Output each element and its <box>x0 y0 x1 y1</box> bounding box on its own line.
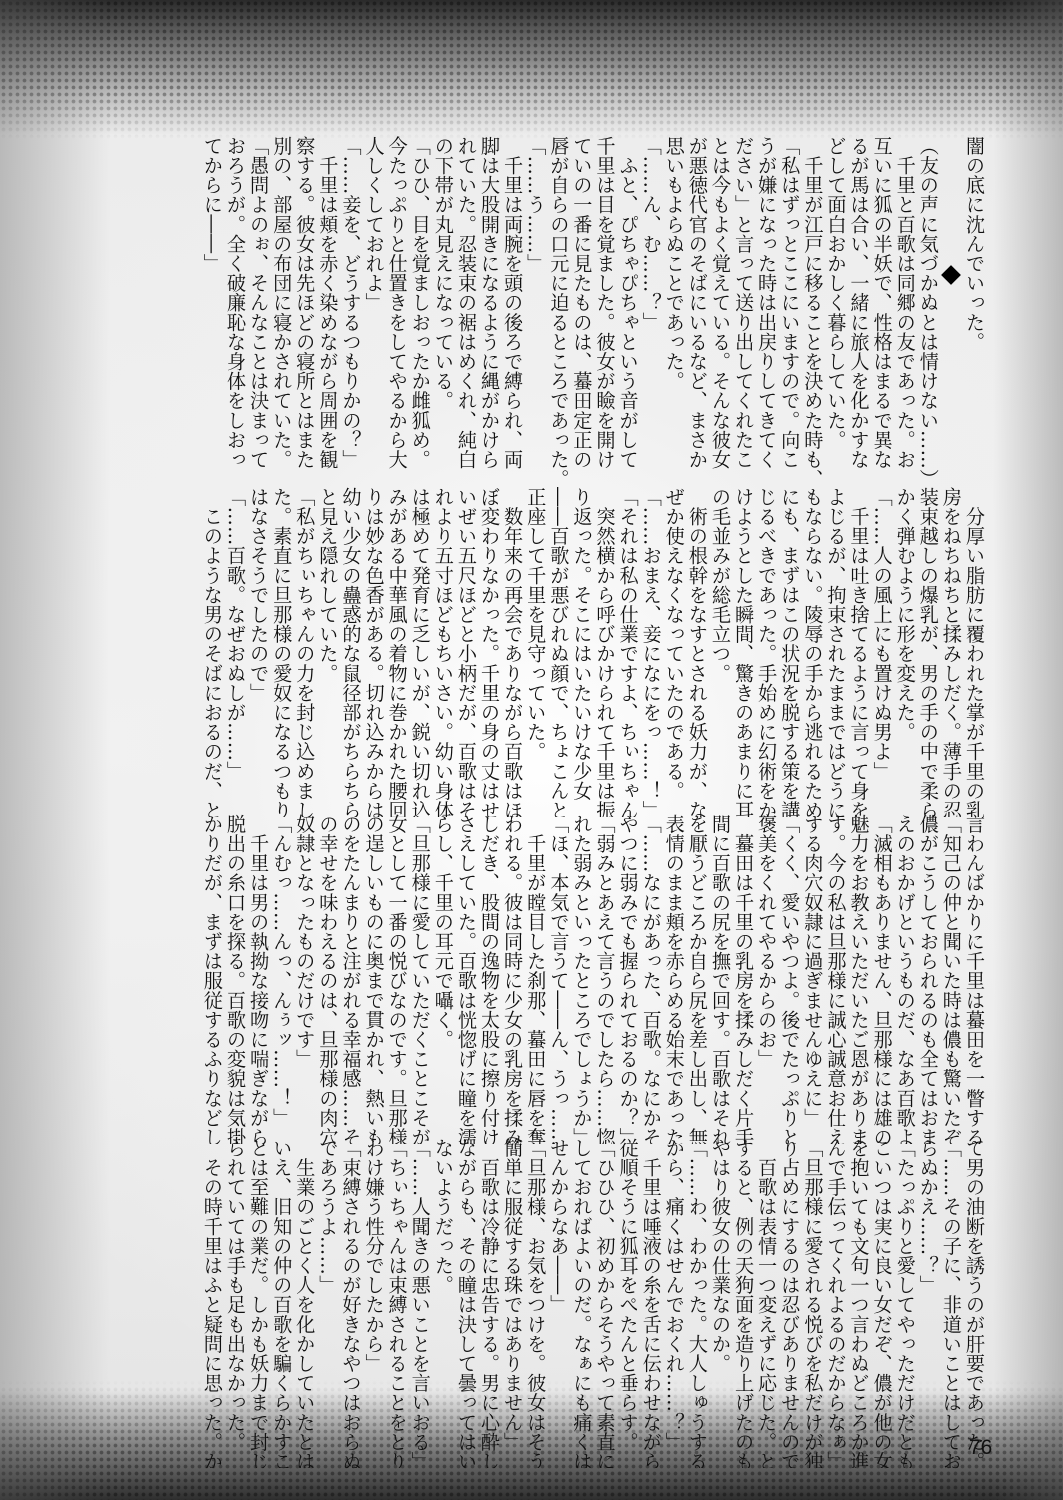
text-column: 蟇田は千里の乳房を揉みしだく片手 <box>732 814 755 1144</box>
text-column: 正座して千里を見守っていた。 <box>524 487 547 817</box>
text-column: けようとした瞬間、驚きのあまりに耳 <box>732 487 755 817</box>
text-column: た。素直に旦那様の愛奴になるつもり <box>270 487 293 817</box>
text-block-2: 分厚い脂肪に覆われた掌が千里の乳房をねちねちと揉みしだく。薄手の忍装束越しの爆乳… <box>122 487 986 817</box>
text-column: 房をねちねちと揉みしだく。薄手の忍 <box>940 487 963 817</box>
text-column: 褒美をくれてやるからのお」 <box>755 814 778 1144</box>
text-column: 別の、部屋の布団に寝かされていた。 <box>270 136 293 486</box>
text-column: する肉穴奴隷に過ぎませんゆえに」 <box>801 814 824 1144</box>
text-column: しだき、股間の逸物を太股に擦り付け <box>478 814 501 1144</box>
text-column: 女として一番の悦びなのです。旦那様 <box>386 814 409 1144</box>
page-number: 76 <box>969 1436 992 1460</box>
text-block-4: て男の油断を誘うのが肝要であった。「……その子に、非道いことはしておらぬかえ……… <box>122 1138 986 1468</box>
text-column: は極めて発育に乏しいが、鋭い切れ込 <box>409 487 432 817</box>
text-column: よじるが、拘束されたままではどうに <box>824 487 847 817</box>
text-column: その時千里はふと疑問に思った。か <box>201 1138 224 1468</box>
text-column: にも、まずはこの状況を脱する策を講 <box>778 487 801 817</box>
text-column: 人しくしておれよ」 <box>362 136 385 486</box>
text-column: このような男のそばにおるのだ、と <box>201 487 224 817</box>
text-column: ぼ変わりなかった。千里の身の丈はせ <box>478 487 501 817</box>
text-column: であろうよ……」 <box>316 1138 339 1468</box>
text-column: 「ひひ、目を覚ましおったか雌狐め。 <box>409 136 432 486</box>
text-column: 「知己の仲と聞いた時は儂も驚いたぞ。 <box>940 814 963 1144</box>
text-column: じるべきであった。手始めに幻術をか <box>755 487 778 817</box>
text-column: 生業のごとく人を化かしていたとは <box>293 1138 316 1468</box>
text-column: 奴隷となったものだけです」 <box>293 814 316 1144</box>
text-column: やつに弱みでも握られておるのか？」 <box>617 814 640 1144</box>
text-column: みがある中華風の着物に巻かれた腰回 <box>386 487 409 817</box>
text-column: 脱出の糸口を探る。百歌の変貌は気掛 <box>224 814 247 1144</box>
text-column: の下帯が丸見えになっている。 <box>432 136 455 486</box>
text-column: れた弱みといったところでしょうか」 <box>570 814 593 1144</box>
text-column: 間に百歌の尻を撫で回す。百歌はそれ <box>709 814 732 1144</box>
text-column: の逞しいものに奥まで貫かれ、熱いも <box>362 814 385 1144</box>
text-column: かく弾むように形を変えた。 <box>894 487 917 817</box>
text-column: 「……ん、む……？」 <box>640 136 663 486</box>
text-block-3: 言わんばかりに千里は蟇田を一瞥する。「知己の仲と聞いた時は儂も驚いたぞ。儂がこう… <box>122 814 986 1144</box>
text-column: 魅力をお教えいただいたご恩がありま <box>847 814 870 1144</box>
text-column: 「……妾を、どうするつもりかの？」 <box>339 136 362 486</box>
text-column: 「旦那様に愛される悦びを私だけが独 <box>801 1138 824 1468</box>
text-column: とは今もよく覚えている。そんな彼女 <box>709 136 732 486</box>
text-column: うが嫌になった時は出戻りしてきてく <box>755 136 778 486</box>
text-column: とは至難の業だ。しかも妖力まで封じ <box>247 1138 270 1468</box>
text-column: 「旦那様に愛していただくことこそが <box>409 814 432 1144</box>
text-column: しておればよいのだ。なぁにも痛くは <box>570 1138 593 1468</box>
text-column: 「んむっ……んっ、んぅッ……！」 <box>270 814 293 1144</box>
text-column: 「それは私の仕業ですよ、ちぃちゃん」 <box>617 487 640 817</box>
text-column: 表情のまま頬を赤らめる始末であった。 <box>663 814 686 1144</box>
text-column: 千里は男の執拗な接吻に喘ぎながら <box>247 814 270 1144</box>
text-column: 互いに狐の半妖で、性格はまるで異な <box>871 136 894 486</box>
text-column: いぜい五尺ほどと小柄だが、百歌はそ <box>455 487 478 817</box>
text-column: 簡単に服従する珠ではありません」 <box>501 1138 524 1468</box>
text-column: が悪徳代官のそばにいるなど、まさか <box>686 136 709 486</box>
text-column: ながらも、その瞳は決して曇ってはい <box>455 1138 478 1468</box>
text-column: 百歌は表情一つ変えずに応じた。と <box>755 1138 778 1468</box>
text-column: わけ嫌う性分でしたから」 <box>362 1138 385 1468</box>
text-column: こいつは実に良い女だぞ、儂が他の女 <box>871 1138 894 1468</box>
text-column: どして面白おかしく暮らしていた。 <box>824 136 847 486</box>
text-column: 千里は両腕を頭の後ろで縛られ、両 <box>501 136 524 486</box>
text-column: と見え隠れしていた。 <box>316 487 339 817</box>
text-column: 従順そうに狐耳をぺたんと垂らす。 <box>617 1138 640 1468</box>
text-column: 「ちぃちゃんは束縛されることをとり <box>386 1138 409 1468</box>
text-column: 言わんばかりに千里は蟇田を一瞥する。 <box>963 814 986 1144</box>
text-column: てからに――」 <box>201 136 224 486</box>
text-column: さえしていた。百歌は恍惚げに瞳を濡 <box>455 814 478 1144</box>
text-block-1: 闇の底に沈んでいった。 ◆（友の声に気づかぬとは情けない……） 千里と百歌は同郷… <box>122 136 986 486</box>
text-column: 今たっぷりと仕置きをしてやるから大 <box>386 136 409 486</box>
text-column: すると、例の天狗面を造り上げたのも <box>732 1138 755 1468</box>
text-column: 「……う……」 <box>524 136 547 486</box>
text-column: 数年来の再会でありながら百歌はほ <box>501 487 524 817</box>
text-column: らぬかえ……？」 <box>917 1138 940 1468</box>
text-column: の幸せを味わえるのは、旦那様の肉穴 <box>316 814 339 1144</box>
text-column: 「私がちぃちゃんの力を封じ込めまし <box>293 487 316 817</box>
text-column: 「たっぷりと愛してやっただけだとも。 <box>894 1138 917 1468</box>
text-column: から、痛くはせんでおくれ……？」 <box>663 1138 686 1468</box>
text-column: り返った。そこにはいたいけな少女 <box>570 487 593 817</box>
text-column: 「……その子に、非道いことはしてお <box>940 1138 963 1468</box>
text-column: られていては手も足も出なかった。 <box>224 1138 247 1468</box>
text-column: 「ほ、本気で言うて――ん、うっ……！」 <box>547 814 570 1144</box>
text-column: 千里は頬を赤く染めながら周囲を観 <box>316 136 339 486</box>
text-column: いえ、旧知の仲の百歌を騙くらかすこ <box>270 1138 293 1468</box>
text-column: われる。彼は同時に少女の乳房を揉み <box>501 814 524 1144</box>
text-column: 「弱みとあえて言うのでしたら……惚 <box>593 814 616 1144</box>
text-column: 千里は目を覚ました。彼女が瞼を開け <box>593 136 616 486</box>
text-column: りは妙な色香がある。切れ込みからは、 <box>362 487 385 817</box>
text-column: ないようだった。 <box>432 1138 455 1468</box>
text-column: 「くく、愛いやつよ。後でたっぷりと <box>778 814 801 1144</box>
right-edge-shade <box>993 0 1063 1500</box>
text-column: 千里は唾液の糸を舌に伝わせながら、 <box>640 1138 663 1468</box>
text-column: （友の声に気づかぬとは情けない……） <box>917 136 940 486</box>
text-column: 幼い少女の蠱惑的な鼠径部がちらちら <box>339 487 362 817</box>
text-column: やはり彼女の仕業なのか。 <box>709 1138 732 1468</box>
text-column: 「私はずっとここにいますので。向こ <box>778 136 801 486</box>
text-column: 「ひひひ、初めからそうやって素直に <box>593 1138 616 1468</box>
text-column: んで手伝ってくれよるのだからなぁ」 <box>824 1138 847 1468</box>
text-column: 術の根幹をなすとされる妖力が、な <box>686 487 709 817</box>
text-column: 唇が自らの口元に迫るところであった。 <box>547 136 570 486</box>
text-column: のをたんまりと注がれる幸福感……そ <box>339 814 362 1144</box>
text-column: 「滅相もありません、旦那様には雄の <box>871 814 894 1144</box>
text-column: ふと、ぴちゃぴちゃという音がして <box>617 136 640 486</box>
text-column: えのおかげというものだ、なあ百歌よ」 <box>894 814 917 1144</box>
text-column: 分厚い脂肪に覆われた掌が千里の乳 <box>963 487 986 817</box>
text-column: 「……人聞きの悪いことを言いおる」 <box>409 1138 432 1468</box>
text-column: 「……なにがあった、百歌。なにかそ <box>640 814 663 1144</box>
text-column: 察する。彼女は先ほどの寝所とはまた <box>293 136 316 486</box>
text-column: もならない。陵辱の手から逃れるため <box>801 487 824 817</box>
text-column: て男の油断を誘うのが肝要であった。 <box>963 1138 986 1468</box>
text-column: はなさそうでしたので」 <box>247 487 270 817</box>
text-column: 闇の底に沈んでいった。 <box>963 136 986 486</box>
text-column: ――百歌が悪びれぬ顔で、ちょこんと <box>547 487 570 817</box>
text-column: を厭うどころか自ら尻を差し出し、無 <box>686 814 709 1144</box>
text-column: ていの一番に見たものは、蟇田定正の <box>570 136 593 486</box>
text-column: 千里は吐き捨てるように言って身を <box>847 487 870 817</box>
text-column: 千里が瞠目した刹那、蟇田に唇を奪 <box>524 814 547 1144</box>
text-column: 突然横から呼びかけられて千里は振 <box>593 487 616 817</box>
text-column: 脚は大股開きになるように縄がかけら <box>478 136 501 486</box>
text-column: 「束縛されるのが好きなやつはおらぬ <box>339 1138 362 1468</box>
text-column: るが馬は合い、一緒に旅人を化かすな <box>847 136 870 486</box>
text-column: の毛並みが総毛立つ。 <box>709 487 732 817</box>
text-column: を抱いても文句一つ言わぬどころか進 <box>847 1138 870 1468</box>
text-column: 装束越しの爆乳が、男の手の中で柔ら <box>917 487 940 817</box>
text-column: 「……わ、わかった。大人しゅうする <box>686 1138 709 1468</box>
text-column: かりだが、まずは服従するふりなどし <box>201 814 224 1144</box>
text-column: らし、千里の耳元で囁く。 <box>432 814 455 1144</box>
text-column: 「……百歌。なぜおぬしが……」 <box>224 487 247 817</box>
text-column: 思いもよらぬことであった。 <box>663 136 686 486</box>
text-column: す。今の私は旦那様に誠心誠意お仕え <box>824 814 847 1144</box>
text-column: り占めにするのは忍びありませんので」 <box>778 1138 801 1468</box>
text-column: 「……人の風上にも置けぬ男よ」 <box>871 487 894 817</box>
left-edge-shade <box>0 0 110 1500</box>
text-column: 千里と百歌は同郷の友であった。お <box>894 136 917 486</box>
text-column: ぜか使えなくなっていたのである。 <box>663 487 686 817</box>
text-column: れていた。忍装束の裾はめくれ、純白 <box>455 136 478 486</box>
text-column: 千里が江戸に移ることを決めた時も、 <box>801 136 824 486</box>
text-column: 「……おまえ、妾になにをっ……！」 <box>640 487 663 817</box>
text-column: 百歌は冷静に忠告する。男に心酔し <box>478 1138 501 1468</box>
text-column: ださい」と言って送り出してくれたこ <box>732 136 755 486</box>
text-column: 「愚問よのぉ、そんなことは決まって <box>247 136 270 486</box>
text-column: 「旦那様、お気をつけを。彼女はそう <box>524 1138 547 1468</box>
text-column: れより五寸ほどもちいさい。幼い身体 <box>432 487 455 817</box>
text-column: せんからなあ――」 <box>547 1138 570 1468</box>
text-column: おろうが。全く破廉恥な身体をしおっ <box>224 136 247 486</box>
text-column: 儂がこうしておられるのも全てはおま <box>917 814 940 1144</box>
